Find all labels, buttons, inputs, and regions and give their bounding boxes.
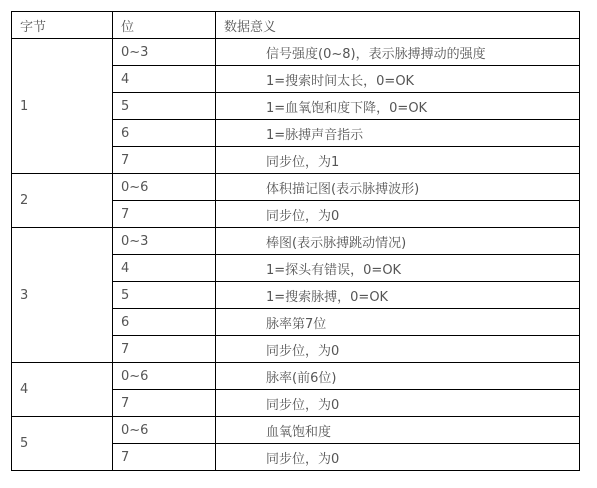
meaning-cell: 同步位，为0 xyxy=(216,390,580,417)
bit-cell: 6 xyxy=(113,120,216,147)
bit-cell: 4 xyxy=(113,66,216,93)
meaning-cell: 1=搜索时间太长，0=OK xyxy=(216,66,580,93)
meaning-cell: 脉率第7位 xyxy=(216,309,580,336)
byte-cell: 5 xyxy=(12,417,113,471)
bit-cell: 0~6 xyxy=(113,417,216,444)
byte-cell: 4 xyxy=(12,363,113,417)
bit-cell: 4 xyxy=(113,255,216,282)
table-row: 3 0~3 棒图(表示脉搏跳动情况) xyxy=(12,228,580,255)
meaning-cell: 1=血氧饱和度下降，0=OK xyxy=(216,93,580,120)
meaning-cell: 体积描记图(表示脉搏波形) xyxy=(216,174,580,201)
meaning-cell: 同步位，为0 xyxy=(216,444,580,471)
table-row: 2 0~6 体积描记图(表示脉搏波形) xyxy=(12,174,580,201)
meaning-cell: 同步位，为0 xyxy=(216,336,580,363)
bit-cell: 7 xyxy=(113,147,216,174)
bit-cell: 0~3 xyxy=(113,228,216,255)
meaning-cell: 1=脉搏声音指示 xyxy=(216,120,580,147)
bit-cell: 0~6 xyxy=(113,174,216,201)
bit-cell: 7 xyxy=(113,201,216,228)
byte-cell: 3 xyxy=(12,228,113,363)
meaning-cell: 同步位，为0 xyxy=(216,201,580,228)
meaning-cell: 棒图(表示脉搏跳动情况) xyxy=(216,228,580,255)
table-row: 1 0~3 信号强度(0~8)，表示脉搏搏动的强度 xyxy=(12,39,580,66)
protocol-table: 字节 位 数据意义 1 0~3 信号强度(0~8)，表示脉搏搏动的强度 4 1=… xyxy=(11,11,580,471)
header-row: 字节 位 数据意义 xyxy=(12,12,580,39)
bit-cell: 6 xyxy=(113,309,216,336)
meaning-cell: 1=搜索脉搏，0=OK xyxy=(216,282,580,309)
byte-cell: 2 xyxy=(12,174,113,228)
bit-cell: 7 xyxy=(113,444,216,471)
byte-cell: 1 xyxy=(12,39,113,174)
header-byte: 字节 xyxy=(12,12,113,39)
table-row: 5 0~6 血氧饱和度 xyxy=(12,417,580,444)
meaning-cell: 血氧饱和度 xyxy=(216,417,580,444)
bit-cell: 7 xyxy=(113,336,216,363)
meaning-cell: 同步位，为1 xyxy=(216,147,580,174)
bit-cell: 0~6 xyxy=(113,363,216,390)
meaning-cell: 1=探头有错误，0=OK xyxy=(216,255,580,282)
meaning-cell: 信号强度(0~8)，表示脉搏搏动的强度 xyxy=(216,39,580,66)
table-row: 4 0~6 脉率(前6位) xyxy=(12,363,580,390)
meaning-cell: 脉率(前6位) xyxy=(216,363,580,390)
bit-cell: 0~3 xyxy=(113,39,216,66)
header-meaning: 数据意义 xyxy=(216,12,580,39)
bit-cell: 7 xyxy=(113,390,216,417)
header-bit: 位 xyxy=(113,12,216,39)
bit-cell: 5 xyxy=(113,93,216,120)
bit-cell: 5 xyxy=(113,282,216,309)
